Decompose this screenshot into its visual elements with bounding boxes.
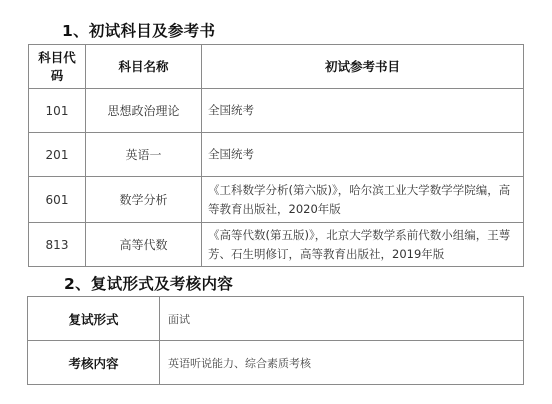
reference-book: 全国统考: [202, 133, 524, 177]
subject-name: 数学分析: [86, 177, 202, 223]
table-row: 考核内容 英语听说能力、综合素质考核: [28, 341, 524, 385]
header-reference-books: 初试参考书目: [202, 45, 524, 89]
subject-name: 高等代数: [86, 223, 202, 267]
retest-format-label: 复试形式: [28, 297, 160, 341]
table-row: 复试形式 面试: [28, 297, 524, 341]
assessment-content-value: 英语听说能力、综合素质考核: [160, 341, 524, 385]
subject-code: 813: [29, 223, 86, 267]
initial-exam-table: 科目代码 科目名称 初试参考书目 101 思想政治理论 全国统考 201 英语一…: [28, 44, 524, 267]
subject-code: 201: [29, 133, 86, 177]
reference-book: 《工科数学分析(第六版)》，哈尔滨工业大学数学学院编，高等教育出版社，2020年…: [202, 177, 524, 223]
subject-code: 101: [29, 89, 86, 133]
section-title-retest: 2、复试形式及考核内容: [64, 272, 233, 294]
table-row: 813 高等代数 《高等代数(第五版)》，北京大学数学系前代数小组编，王萼芳、石…: [29, 223, 524, 267]
retest-table: 复试形式 面试 考核内容 英语听说能力、综合素质考核: [27, 296, 524, 385]
subject-code: 601: [29, 177, 86, 223]
assessment-content-label: 考核内容: [28, 341, 160, 385]
header-subject-code: 科目代码: [29, 45, 86, 89]
header-subject-name: 科目名称: [86, 45, 202, 89]
subject-name: 英语一: [86, 133, 202, 177]
table-header-row: 科目代码 科目名称 初试参考书目: [29, 45, 524, 89]
reference-book: 全国统考: [202, 89, 524, 133]
table-row: 601 数学分析 《工科数学分析(第六版)》，哈尔滨工业大学数学学院编，高等教育…: [29, 177, 524, 223]
subject-name: 思想政治理论: [86, 89, 202, 133]
table-row: 201 英语一 全国统考: [29, 133, 524, 177]
table-row: 101 思想政治理论 全国统考: [29, 89, 524, 133]
reference-book: 《高等代数(第五版)》，北京大学数学系前代数小组编，王萼芳、石生明修订，高等教育…: [202, 223, 524, 267]
retest-format-value: 面试: [160, 297, 524, 341]
section-title-initial-exam: 1、初试科目及参考书: [62, 19, 215, 41]
